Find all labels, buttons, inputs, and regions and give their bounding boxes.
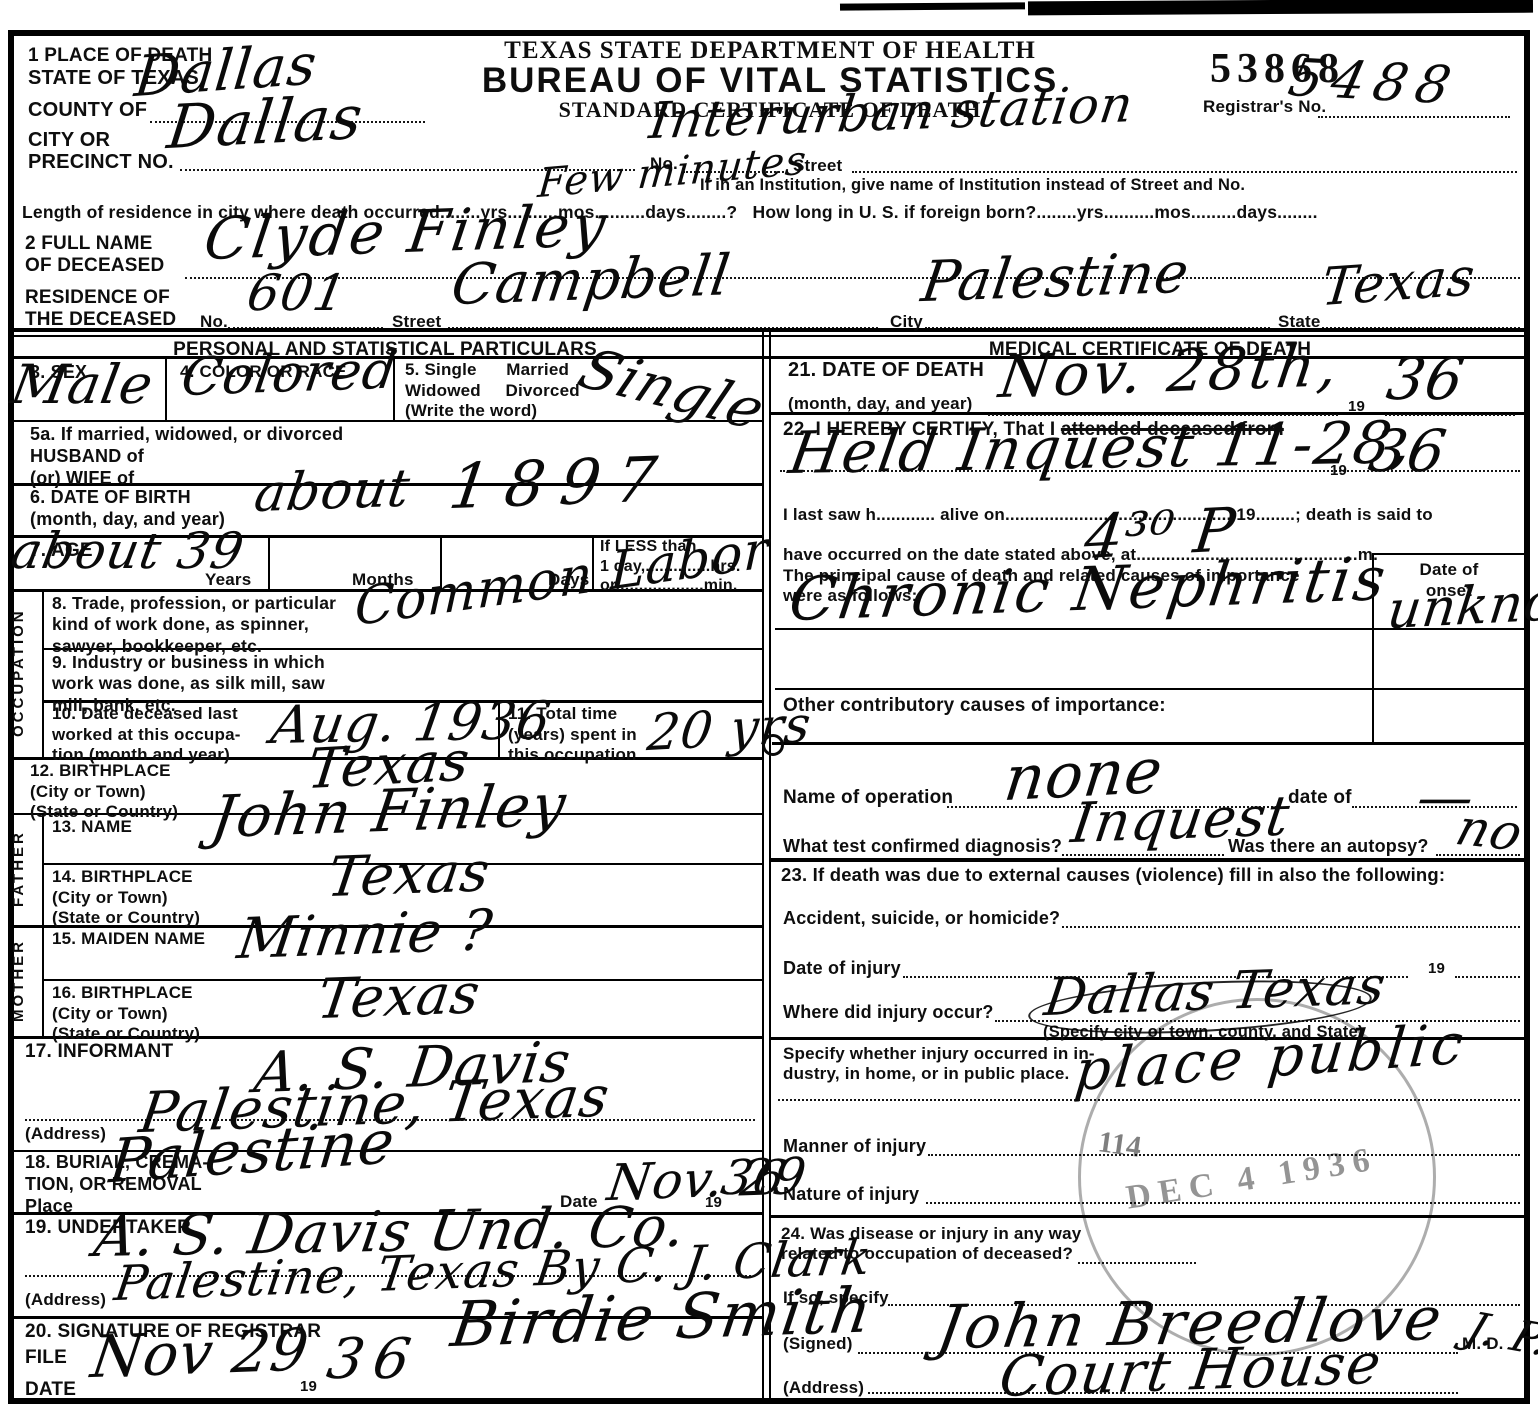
injury-year-prefix: 19 [1428,960,1445,978]
signed-address-value: Court House [996,1337,1386,1407]
cause-secondary-value: unknown [1385,572,1538,637]
test-label: What test confirmed diagnosis? [783,836,1062,858]
signed-address-label: (Address) [783,1378,864,1399]
accident-rule [1062,926,1520,928]
residence-label-2: THE DECEASED [25,308,176,331]
informant-address-label: (Address) [25,1124,106,1145]
injury-year-rule [1455,976,1520,978]
registrar-no-rule [1318,116,1510,118]
date-of-label: date of [1288,786,1352,809]
full-name-rule [185,277,1520,279]
father-side-label: FATHER [10,816,27,922]
rule [8,420,762,422]
cell-divider [268,535,270,589]
city-label-1: CITY OR [28,128,110,152]
death-certificate-document: 1 PLACE OF DEATH STATE OF TEXAS COUNTY O… [0,0,1538,1427]
county-label: COUNTY OF [28,98,147,122]
injury-place-label-2: dustry, in home, or in public place. [783,1064,1069,1085]
mother-name-value: Minnie ? [234,903,496,968]
file-year-value: 36 [323,1332,424,1388]
undertaker-address-label: (Address) [25,1290,106,1311]
certify-value: Held Inquest 11-28, [785,413,1417,482]
full-name-label-1: 2 FULL NAME [25,232,152,255]
res-street-label: Street [392,312,441,333]
f12-label: 12. BIRTHPLACE (City or Town) (State or … [30,761,178,823]
father-group-divider [42,813,44,925]
residence-label-1: RESIDENCE OF [25,286,170,309]
f21-sub-label: (month, day, and year) [788,394,973,415]
injury-date-label: Date of injury [783,958,901,980]
street-rule [852,171,1517,173]
injury-where-label: Where did injury occur? [783,1002,994,1024]
city-value: Dallas [164,88,366,159]
death-year-value: 36 [1383,350,1469,408]
rule [770,858,1526,862]
age-value: about 39 [8,526,249,576]
city-label-2: PRECINCT NO. [28,150,174,174]
occupation-group-divider [42,589,44,757]
res-state-label: State [1278,312,1321,333]
sex-value: Male [7,358,157,412]
f15-label: 15. MAIDEN NAME [52,929,205,950]
stamp-mark: 114 [1096,1125,1144,1165]
res-no-label: No. [200,312,228,333]
contributory-label: Other contributory causes of importance: [783,694,1166,717]
mother-side-label: MOTHER [10,928,27,1034]
death-date-value: Nov. 28th, [996,336,1345,406]
father-birthplace-value: Texas [324,844,494,905]
injury-where-value: Dallas Texas [1041,960,1389,1024]
f8-label: 8. Trade, profession, or particular kind… [52,593,336,657]
burial-year-value: 36 [718,1154,790,1202]
onset-box-top [1372,553,1526,555]
certify-year-value: 36 [1365,422,1451,480]
scan-artifact [1028,0,1533,15]
dob-about-value: about [251,462,413,520]
f21-label: 21. DATE OF DEATH [788,358,984,382]
registrar-no-value: 5488 [1284,52,1464,112]
race-value: Colored [178,344,400,404]
dob-year-value: 1897 [446,448,676,518]
injury-place-label-1: Specify whether injury occurred in in- [783,1044,1095,1065]
file-label: FILE [25,1346,67,1369]
father-name-value: John Finley [208,775,571,846]
res-city-value: Palestine [918,246,1193,312]
file-date-label: DATE [25,1378,76,1401]
res-no-value: 601 [244,268,351,318]
res-street-value: Campbell [448,248,734,314]
rule [775,688,1526,690]
test-value: Inquest [1068,788,1293,851]
res-state-value: Texas [1319,251,1478,314]
operation-label: Name of operation [783,786,953,809]
occupation-side-label: OCCUPATION [10,592,27,754]
f13-label: 13. NAME [52,817,132,838]
mother-group-divider [42,925,44,1036]
scan-artifact [840,2,1025,10]
accident-label: Accident, suicide, or homicide? [783,908,1060,930]
file-date-value: Nov 29 [88,1320,313,1386]
full-name-label-2: OF DECEASED [25,254,164,277]
f16-label: 16. BIRTHPLACE (City or Town) (State or … [52,983,200,1045]
f23-label: 23. If death was due to external causes … [781,864,1445,887]
f17-label: 17. INFORMANT [25,1040,173,1063]
autopsy-value: no [1451,803,1529,859]
f10-label: 10. Date deceased last worked at this oc… [52,704,241,766]
marital-label: 5. Single Married Widowed Divorced (Writ… [405,360,580,422]
total-time-value: 20 yrs [645,699,814,758]
mother-birthplace-value: Texas [314,966,484,1027]
f14-label: 14. BIRTHPLACE (City or Town) (State or … [52,867,200,929]
cell-divider [165,356,167,420]
registrar-signature: Birdie Smith [448,1279,877,1356]
